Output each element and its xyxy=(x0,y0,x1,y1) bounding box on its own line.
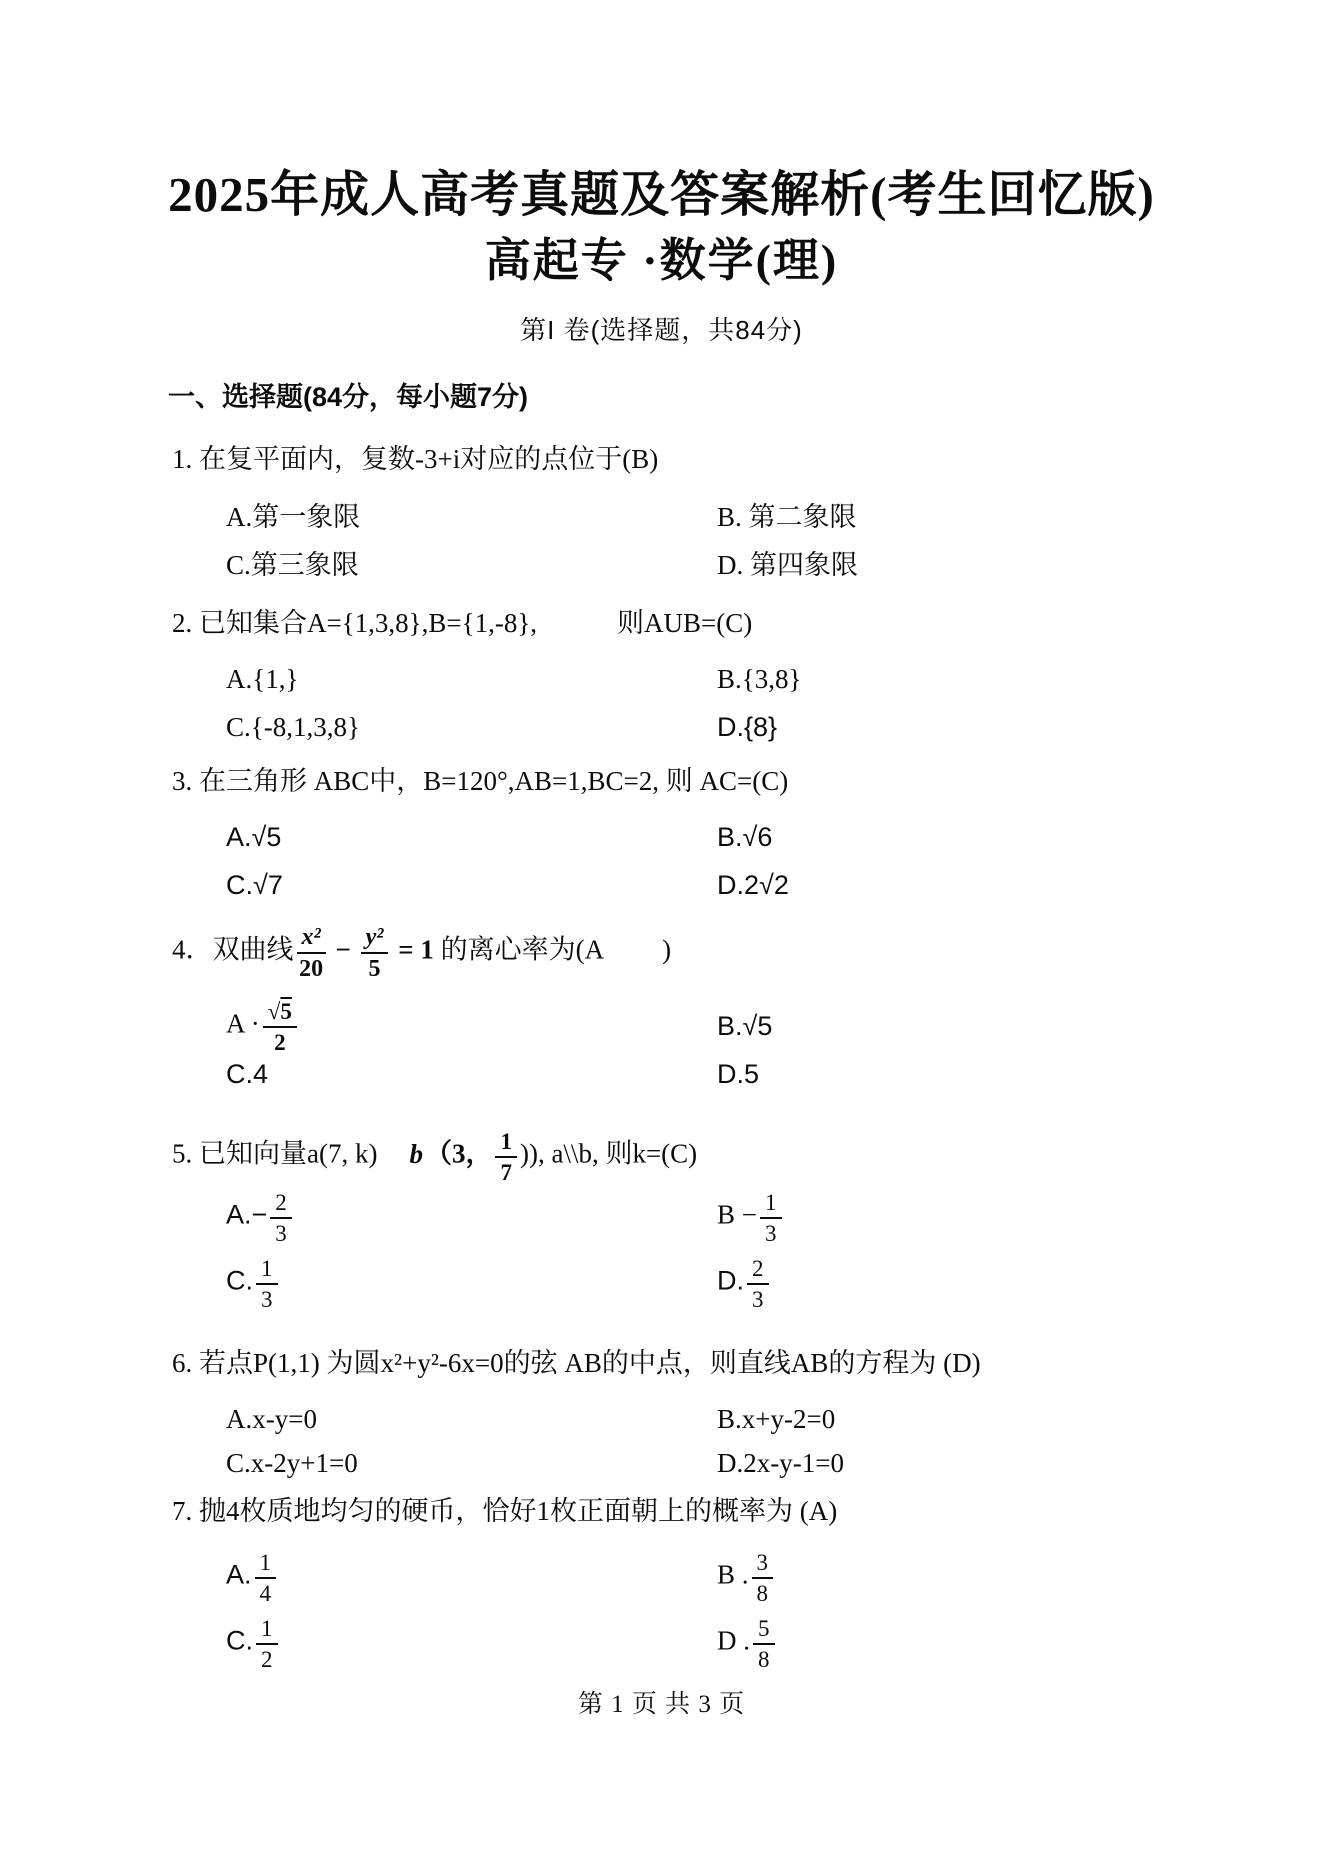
option-6A: A.x-y=0 xyxy=(226,1402,717,1436)
text-run: 7. 抛4枚质地均匀的硬币，恰好1枚正面朝上的概率为 (A) xyxy=(172,1496,837,1526)
text-run: B − xyxy=(717,1199,757,1229)
text-run: A.− xyxy=(226,1199,267,1229)
option-7D: D .58 xyxy=(717,1616,1323,1671)
text-run: C.√7 xyxy=(226,870,283,900)
text-run: B.{3,8} xyxy=(717,664,801,694)
spacer xyxy=(537,625,617,626)
option-3D: D.2√2 xyxy=(717,868,1323,902)
text-run: )), a\\b, 则k=(C) xyxy=(520,1139,697,1169)
text-run: B.√5 xyxy=(717,1011,772,1041)
text-run: A.{1,} xyxy=(226,664,298,694)
paper-section-header: 第I 卷(选择题，共84分) xyxy=(0,314,1323,346)
fraction: x²20 xyxy=(297,924,326,981)
text-run: 5. 已知向量a(7, k) xyxy=(172,1139,377,1169)
spacer xyxy=(377,1156,407,1157)
option-row: C.第三象限D. 第四象限 xyxy=(172,548,1323,582)
option-row: A.x-y=0B.x+y-2=0 xyxy=(172,1402,1323,1436)
fraction: 23 xyxy=(270,1190,292,1245)
option-row: C.{-8,1,3,8}D.{8} xyxy=(172,710,1323,744)
text-run: D.2x-y-1=0 xyxy=(717,1448,844,1478)
fraction: 17 xyxy=(495,1129,517,1184)
text-run: ) xyxy=(662,935,671,965)
option-4B: B.√5 xyxy=(717,1009,1323,1043)
text-run: C.4 xyxy=(226,1059,268,1089)
fraction: 23 xyxy=(747,1256,769,1311)
question-stem: 3. 在三角形 ABC中，B=120°,AB=1,BC=2, 则 AC=(C) xyxy=(172,764,1323,798)
page-title-line2: 高起专 ·数学(理) xyxy=(0,234,1323,288)
questions-list: 1. 在复平面内，复数-3+i对应的点位于(B)A.第一象限B. 第二象限C.第… xyxy=(0,442,1323,1674)
option-2C: C.{-8,1,3,8} xyxy=(226,710,717,744)
text-run: 则AUB=(C) xyxy=(617,608,752,638)
question-7: 7. 抛4枚质地均匀的硬币，恰好1枚正面朝上的概率为 (A)A.14B .38C… xyxy=(172,1494,1323,1674)
choice-section-header: 一、选择题(84分，每小题7分) xyxy=(168,380,1323,414)
text-run: （3， xyxy=(425,1139,493,1169)
option-row: A.第一象限B. 第二象限 xyxy=(172,500,1323,534)
question-stem: 2. 已知集合A={1,3,8},B={1,-8},则AUB=(C) xyxy=(172,606,1323,640)
spacer xyxy=(604,952,662,953)
fraction: 13 xyxy=(760,1190,782,1245)
text-run: 6. 若点P(1,1) 为圆x²+y²-6x=0的弦 AB的中点，则直线AB的方… xyxy=(172,1348,981,1378)
option-row: C.x-2y+1=0D.2x-y-1=0 xyxy=(172,1446,1323,1480)
question-stem: 7. 抛4枚质地均匀的硬币，恰好1枚正面朝上的概率为 (A) xyxy=(172,1494,1323,1528)
option-row: A.√5B.√6 xyxy=(172,820,1323,854)
option-3C: C.√7 xyxy=(226,868,717,902)
option-row: C.4D.5 xyxy=(172,1057,1323,1091)
option-6D: D.2x-y-1=0 xyxy=(717,1446,1323,1480)
option-5D: D.23 xyxy=(717,1256,1323,1311)
fraction: 58 xyxy=(753,1616,775,1671)
option-1A: A.第一象限 xyxy=(226,500,717,534)
option-5C: C.13 xyxy=(226,1256,717,1311)
option-1D: D. 第四象限 xyxy=(717,548,1323,582)
question-5: 5. 已知向量a(7, k)b（3，17)), a\\b, 则k=(C)A.−2… xyxy=(172,1129,1323,1314)
text-run: A. xyxy=(226,1559,252,1589)
text-run: A.√5 xyxy=(226,822,281,852)
text-run: D.{8} xyxy=(717,712,777,742)
text-run: D . xyxy=(717,1625,750,1655)
option-row: A.14B .38 xyxy=(172,1546,1323,1608)
option-7A: A.14 xyxy=(226,1550,717,1605)
option-2D: D.{8} xyxy=(717,710,1323,744)
question-1: 1. 在复平面内，复数-3+i对应的点位于(B)A.第一象限B. 第二象限C.第… xyxy=(172,442,1323,582)
text-run: A · xyxy=(226,1008,260,1038)
fraction: √52 xyxy=(263,999,297,1054)
option-2B: B.{3,8} xyxy=(717,662,1323,696)
text-run: = 1 xyxy=(391,935,440,965)
option-row: A ·√52B.√5 xyxy=(172,995,1323,1057)
option-4C: C.4 xyxy=(226,1057,717,1091)
option-row: C.12D .58 xyxy=(172,1612,1323,1674)
text-run: 的离心率为(A xyxy=(441,935,605,965)
option-row: C.13D.23 xyxy=(172,1252,1323,1314)
option-6B: B.x+y-2=0 xyxy=(717,1402,1323,1436)
question-stem: 4．双曲线x²20 − y²5 = 1 的离心率为(A) xyxy=(172,924,1323,981)
option-row: A.{1,}B.{3,8} xyxy=(172,662,1323,696)
option-1B: B. 第二象限 xyxy=(717,500,1323,534)
option-4D: D.5 xyxy=(717,1057,1323,1091)
option-3B: B.√6 xyxy=(717,820,1323,854)
fraction: 12 xyxy=(256,1616,278,1671)
text-run: − xyxy=(329,935,358,965)
question-2: 2. 已知集合A={1,3,8},B={1,-8},则AUB=(C)A.{1,}… xyxy=(172,606,1323,744)
question-6: 6. 若点P(1,1) 为圆x²+y²-6x=0的弦 AB的中点，则直线AB的方… xyxy=(172,1346,1323,1480)
text-run: 4．双曲线 xyxy=(172,935,294,965)
text-run: 3. 在三角形 ABC中，B=120°,AB=1,BC=2, 则 AC=(C) xyxy=(172,766,788,796)
page-title-line1: 2025年成人高考真题及答案解析(考生回忆版) xyxy=(0,0,1323,226)
text-run: b xyxy=(409,1139,423,1169)
text-run: D.2√2 xyxy=(717,870,789,900)
text-run: C.第三象限 xyxy=(226,550,359,580)
fraction: 13 xyxy=(256,1256,278,1311)
exam-page: 2025年成人高考真题及答案解析(考生回忆版) 高起专 ·数学(理) 第I 卷(… xyxy=(0,0,1323,1871)
question-3: 3. 在三角形 ABC中，B=120°,AB=1,BC=2, 则 AC=(C)A… xyxy=(172,764,1323,902)
text-run: 1. 在复平面内，复数-3+i对应的点位于(B) xyxy=(172,444,658,474)
text-run: C. xyxy=(226,1265,253,1295)
fraction: 14 xyxy=(255,1550,277,1605)
option-4A: A ·√52 xyxy=(226,999,717,1054)
text-run: D. 第四象限 xyxy=(717,550,858,580)
question-stem: 1. 在复平面内，复数-3+i对应的点位于(B) xyxy=(172,442,1323,476)
option-3A: A.√5 xyxy=(226,820,717,854)
text-run: D.5 xyxy=(717,1059,759,1089)
text-run: B . xyxy=(717,1559,749,1589)
footer-page-number: 第 1 页 共 3 页 xyxy=(0,1684,1323,1720)
text-run: B.x+y-2=0 xyxy=(717,1404,835,1434)
text-run: C.x-2y+1=0 xyxy=(226,1448,358,1478)
text-run: C. xyxy=(226,1625,253,1655)
fraction: 38 xyxy=(752,1550,774,1605)
text-run: A.x-y=0 xyxy=(226,1404,317,1434)
option-5A: A.−23 xyxy=(226,1190,717,1245)
text-run: A.第一象限 xyxy=(226,502,360,532)
option-2A: A.{1,} xyxy=(226,662,717,696)
question-stem: 6. 若点P(1,1) 为圆x²+y²-6x=0的弦 AB的中点，则直线AB的方… xyxy=(172,1346,1323,1380)
option-7B: B .38 xyxy=(717,1550,1323,1605)
text-run: C.{-8,1,3,8} xyxy=(226,712,360,742)
text-run: B. 第二象限 xyxy=(717,502,857,532)
option-5B: B −13 xyxy=(717,1190,1323,1245)
question-stem: 5. 已知向量a(7, k)b（3，17)), a\\b, 则k=(C) xyxy=(172,1129,1323,1184)
text-run: D. xyxy=(717,1265,744,1295)
text-run: 2. 已知集合A={1,3,8},B={1,-8}, xyxy=(172,608,537,638)
option-row: A.−23B −13 xyxy=(172,1186,1323,1248)
option-1C: C.第三象限 xyxy=(226,548,717,582)
question-4: 4．双曲线x²20 − y²5 = 1 的离心率为(A)A ·√52B.√5C.… xyxy=(172,924,1323,1091)
option-row: C.√7D.2√2 xyxy=(172,868,1323,902)
option-6C: C.x-2y+1=0 xyxy=(226,1446,717,1480)
option-7C: C.12 xyxy=(226,1616,717,1671)
fraction: y²5 xyxy=(361,924,389,981)
text-run: B.√6 xyxy=(717,822,772,852)
